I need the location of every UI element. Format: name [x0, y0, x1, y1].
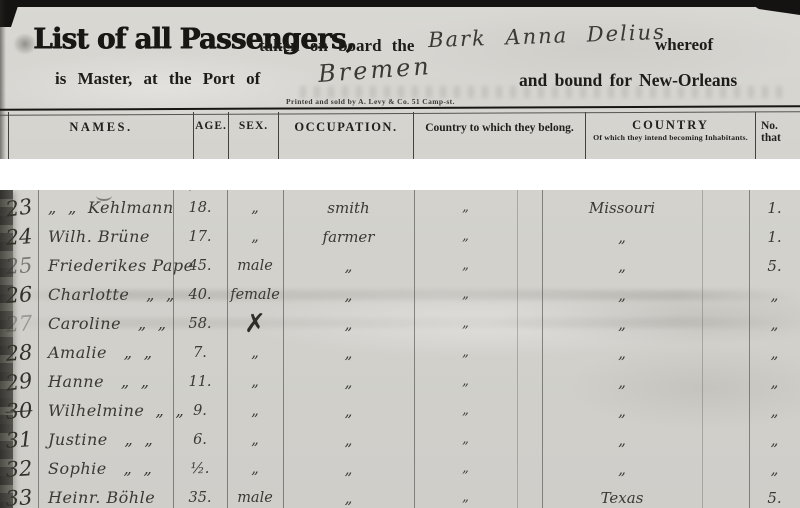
cell-country-intend: „	[542, 431, 702, 449]
cell-country-intend: Missouri	[542, 199, 702, 217]
cell-country-belong: „	[414, 461, 517, 476]
table-row: 24 Wilh. Brüne 17. „ farmer „ „ 1.	[0, 222, 800, 251]
cell-name: Friederikes Pape	[38, 256, 173, 275]
cell-sex: „	[227, 229, 283, 245]
cell-occupation: „	[283, 344, 414, 362]
cell-age: 17.	[173, 229, 227, 245]
cell-country-belong: „	[414, 229, 517, 244]
cell-sex: ✗	[227, 311, 283, 337]
margin-cell	[0, 112, 8, 159]
row-number: 23	[0, 193, 39, 222]
table-row: 25 Friederikes Pape 45. male „ „ „ 5.	[0, 251, 800, 280]
cell-sex: male	[227, 258, 283, 274]
column-header-sex: SEX.	[228, 112, 278, 159]
cell-no-that: 5.	[749, 257, 800, 275]
cell-country-belong: „	[414, 403, 517, 418]
row-number: 31	[0, 426, 39, 453]
cell-name: „ „ Kehlmann	[38, 198, 173, 217]
column-header-country-belong: Country to which they belong.	[413, 112, 585, 159]
column-header-no-that: No. that	[755, 112, 800, 159]
cell-country-intend: „	[542, 286, 702, 304]
cell-sex: „	[227, 374, 283, 390]
ship-name-handwritten: Bark Anna Delius	[428, 20, 667, 52]
cell-occupation: „	[283, 402, 414, 420]
cell-country-belong: „	[414, 287, 517, 302]
column-header-country-intend: COUNTRY Of which they intend becoming In…	[585, 112, 755, 159]
row-number: 27	[0, 310, 39, 337]
cell-age: 11.	[173, 374, 227, 390]
table-row: 32 Sophie „ „ ½. „ „ „ „ „	[0, 454, 800, 483]
passenger-rows: 23 „ „ Kehlmann 18. „ smith „ Missouri 1…	[0, 193, 800, 508]
cell-occupation: „	[283, 373, 414, 391]
cell-sex: „	[227, 461, 283, 477]
cell-age: 7.	[173, 345, 227, 361]
cell-occupation: „	[283, 315, 414, 333]
form-title-rest: taken on board the	[259, 36, 414, 56]
country-intend-sub: Of which they intend becoming Inhabitant…	[586, 134, 755, 142]
cell-no-that: 5.	[749, 489, 800, 507]
passenger-list-scan: List of all Passengers, taken on board t…	[0, 0, 800, 508]
column-header-names: NAMES.	[8, 112, 193, 159]
cell-country-belong: „	[414, 374, 517, 389]
scan-edge-top-right	[745, 0, 800, 15]
cell-country-intend: „	[542, 373, 702, 391]
cell-no-that: „	[749, 373, 800, 391]
table-row: 31 Justine „ „ 6. „ „ „ „ „	[0, 425, 800, 454]
table-row: 27 Caroline „ „ 58. ✗ „ „ „ „	[0, 309, 800, 338]
whereof-text: whereof	[655, 35, 713, 55]
cell-age: 45.	[173, 258, 227, 274]
printer-imprint: Printed and sold by A. Levy & Co. 51 Cam…	[286, 97, 455, 106]
cell-age: ½.	[173, 461, 227, 477]
row-number: 26	[0, 281, 39, 308]
row-number: 30	[0, 397, 39, 424]
cell-country-intend: „	[542, 402, 702, 420]
cell-age: 40.	[173, 287, 227, 303]
cell-no-that: „	[749, 460, 800, 478]
cell-age: 35.	[173, 490, 227, 506]
cell-no-that: 1.	[749, 199, 800, 217]
cell-country-belong: „	[414, 258, 517, 273]
cell-name: Wilhelmine „ „	[38, 401, 173, 420]
cell-sex: „	[227, 432, 283, 448]
cell-country-intend: „	[542, 257, 702, 275]
cell-country-belong: „	[414, 200, 517, 215]
row-number: 24	[0, 223, 39, 250]
cell-occupation: „	[283, 257, 414, 275]
cell-age: 6.	[173, 432, 227, 448]
cell-no-that: 1.	[749, 228, 800, 246]
cell-no-that: „	[749, 402, 800, 420]
port-handwritten: Bremen	[317, 52, 432, 88]
cell-country-belong: „	[414, 432, 517, 447]
cell-occupation: „	[283, 460, 414, 478]
row-number: 29	[0, 367, 39, 396]
column-header-age: AGE.	[193, 112, 228, 159]
cell-occupation: „	[283, 431, 414, 449]
column-header-occupation: OCCUPATION.	[278, 112, 413, 159]
cell-age: 9.	[173, 403, 227, 419]
table-row: 28 Amalie „ „ 7. „ „ „ „ „	[0, 338, 800, 367]
cell-age: 58.	[173, 316, 227, 332]
master-line: is Master, at the Port of	[55, 69, 260, 89]
row-number: 32	[0, 455, 39, 482]
cell-name: Amalie „ „	[38, 343, 173, 362]
cell-name: Sophie „ „	[38, 459, 173, 478]
cell-no-that: „	[749, 315, 800, 333]
row-number: 25	[0, 252, 39, 279]
cell-occupation: „	[283, 286, 414, 304]
row-number: 33	[0, 484, 39, 508]
cell-sex: „	[227, 345, 283, 361]
column-header-row: NAMES. AGE. SEX. OCCUPATION. Country to …	[0, 112, 800, 159]
cell-age: 18.	[173, 200, 227, 216]
cell-country-belong: „	[414, 316, 517, 331]
table-row: 30 Wilhelmine „ „ 9. „ „ „ „ „	[0, 396, 800, 425]
cell-sex: „	[227, 200, 283, 216]
cell-occupation: farmer	[283, 228, 414, 246]
cell-name: Caroline „ „	[38, 314, 173, 333]
cell-country-intend: „	[542, 228, 702, 246]
cell-no-that: „	[749, 431, 800, 449]
cell-no-that: „	[749, 344, 800, 362]
cell-name: Charlotte „ „	[38, 285, 173, 304]
cell-name: Justine „ „	[38, 430, 173, 449]
cell-no-that: „	[749, 286, 800, 304]
cell-country-belong: „	[414, 490, 517, 505]
cell-sex: male	[227, 490, 283, 506]
cell-country-intend: „	[542, 344, 702, 362]
cell-name: Heinr. Böhle	[38, 488, 173, 507]
table-row: 26 Charlotte „ „ 40. female „ „ „ „	[0, 280, 800, 309]
scan-gap	[0, 159, 800, 190]
cell-name: Hanne „ „	[38, 372, 173, 391]
country-intend-main: COUNTRY	[632, 118, 709, 132]
row-number: 28	[0, 339, 39, 366]
cell-country-intend: Texas	[542, 489, 702, 507]
cell-name: Wilh. Brüne	[38, 227, 173, 246]
cell-country-intend: „	[542, 460, 702, 478]
cell-sex: female	[227, 287, 283, 303]
table-row: 29 Hanne „ „ 11. „ „ „ „ „	[0, 367, 800, 396]
header-sheet: List of all Passengers, taken on board t…	[0, 0, 800, 159]
cell-occupation: „	[283, 489, 414, 507]
scan-edge-top	[0, 0, 800, 7]
body-sheet: ʼ 23 „ „ Kehlmann 18. „ smith „ Missouri…	[0, 190, 800, 508]
cell-sex: „	[227, 403, 283, 419]
table-row: 33 Heinr. Böhle 35. male „ „ Texas 5.	[0, 483, 800, 508]
cell-country-belong: „	[414, 345, 517, 360]
cell-country-intend: „	[542, 315, 702, 333]
table-row: 23 „ „ Kehlmann 18. „ smith „ Missouri 1…	[0, 193, 800, 222]
cell-occupation: smith	[283, 199, 414, 217]
